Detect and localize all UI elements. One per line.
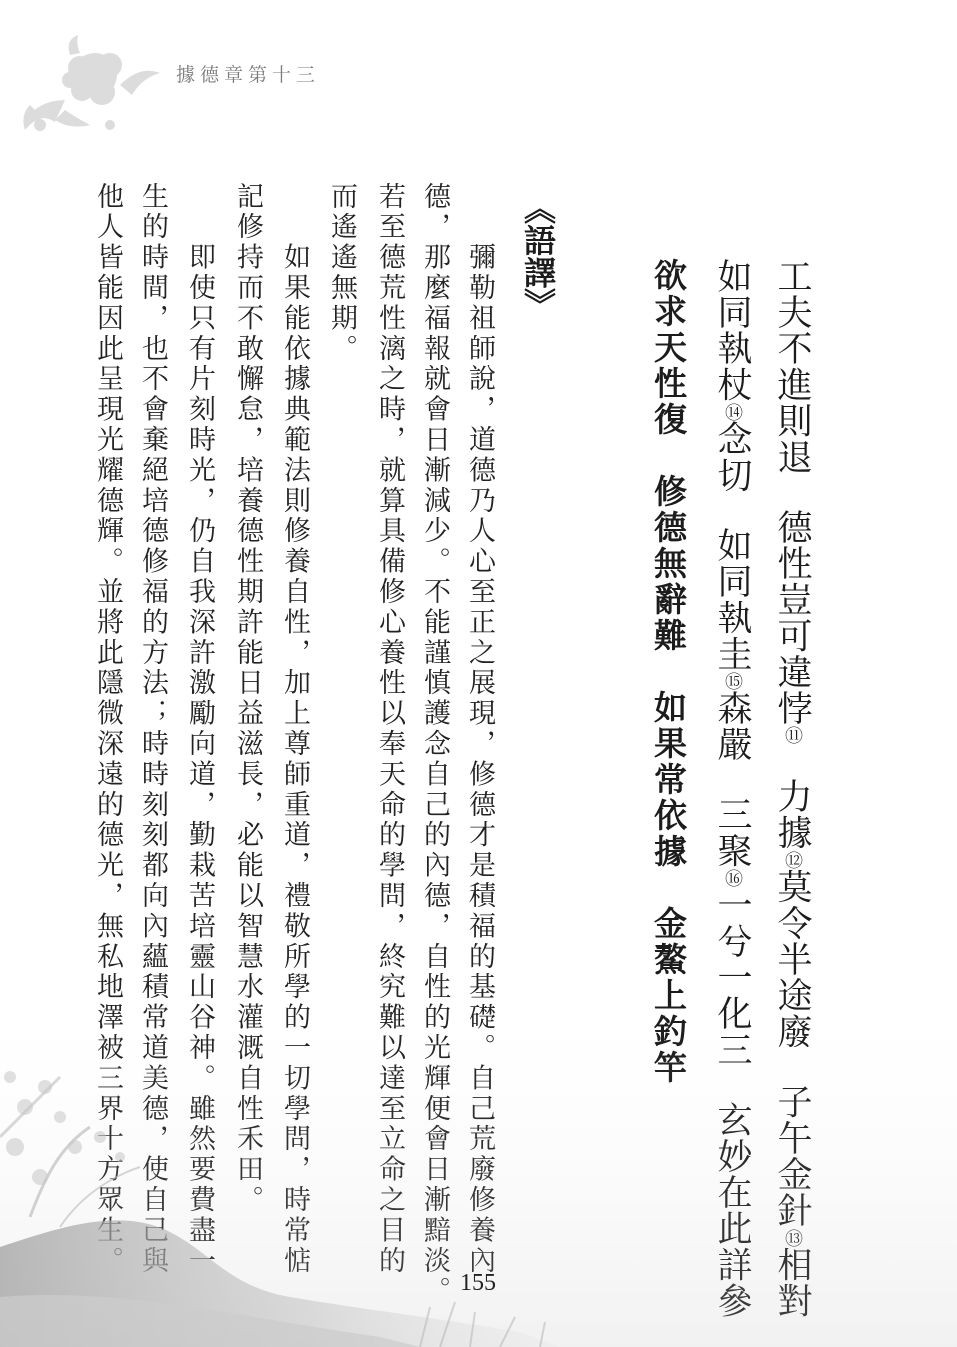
verse-segment: 森嚴 [712,690,752,762]
running-head-title: 據德章第十三 [176,60,320,87]
verse-segment: 欲求天性復 [649,258,688,438]
prose-column-6: 記修持而不敢懈怠，培養德性期許能日益滋長，必能以智慧水灌溉自性禾田。 [234,182,261,1216]
prose-column-9: 他人皆能因此呈現光耀德輝。並將此隱微深遠的德光，無私地澤被三界十方眾生。 [94,182,121,1276]
verse-segment: 相對 [772,1247,812,1319]
verse-segment: 如果常依據 [649,690,688,870]
verse-segment: 一兮一化三 [712,887,752,1068]
verse-segment: 如同執杖 [712,258,752,403]
verse-segment: 子午金針 [772,1084,812,1229]
verse-segment: 玄妙在此詳參 [712,1102,752,1319]
footnote-marker: ⑯ [723,869,741,887]
peony-ornament-icon [10,30,160,140]
section-title-translation: 《語譯》 [522,192,554,320]
prose-column-7: 即使只有片刻時光，仍自我深許激勵向道，勤栽苦培靈山谷神。雖然要費盡一 [186,182,213,1276]
verse-line-3: 欲求天性復修德無辭難如果常依據金鰲上釣竿 [652,258,685,1086]
footnote-marker: ⑪ [783,726,801,744]
verse-line-2: 如同執杖⑭念切如同執圭⑮森嚴三聚⑯一兮一化三玄妙在此詳參 [714,258,749,1319]
prose-column-1: 彌勒祖師說，道德乃人心至正之展現，修德才是積福的基礎。自己荒廢修養內 [466,182,493,1276]
verse-segment: 念切 [712,421,752,493]
verse-segment: 力據 [772,778,812,850]
prose-column-4: 而遙遙無期。 [328,182,355,364]
verse-segment: 工夫不進則退 [772,258,812,475]
verse-segment: 修德無辭難 [649,474,688,654]
footnote-marker: ⑬ [783,1229,801,1247]
verse-segment: 金鰲上釣竿 [649,906,688,1086]
verse-segment: 莫令半途廢 [772,869,812,1050]
page-number: 155 [460,1270,496,1297]
verse-segment: 三聚 [712,796,752,868]
prose-column-8: 生的時間，也不會棄絕培德修福的方法；時時刻刻都向內蘊積常道美德，使自己與 [139,182,166,1276]
verse-segment: 如同執圭 [712,527,752,672]
verse-line-1: 工夫不進則退德性豈可違悖⑪力據⑫莫令半途廢子午金針⑬相對 [774,258,809,1319]
footnote-marker: ⑭ [723,403,741,421]
prose-column-3: 若至德荒性漓之時，就算具備修心養性以奉天命的學問，終究難以達至立命之目的 [376,182,403,1276]
prose-column-2: 德，那麼福報就會日漸減少。不能謹慎護念自己的內德，自性的光輝便會日漸黯淡。 [421,182,448,1307]
verse-segment: 德性豈可違悖 [772,509,812,726]
footnote-marker: ⑮ [723,672,741,690]
footnote-marker: ⑫ [783,851,801,869]
prose-column-5: 如果能依據典範法則修養自性，加上尊師重道，禮敬所學的一切學問，時常惦 [281,182,308,1276]
